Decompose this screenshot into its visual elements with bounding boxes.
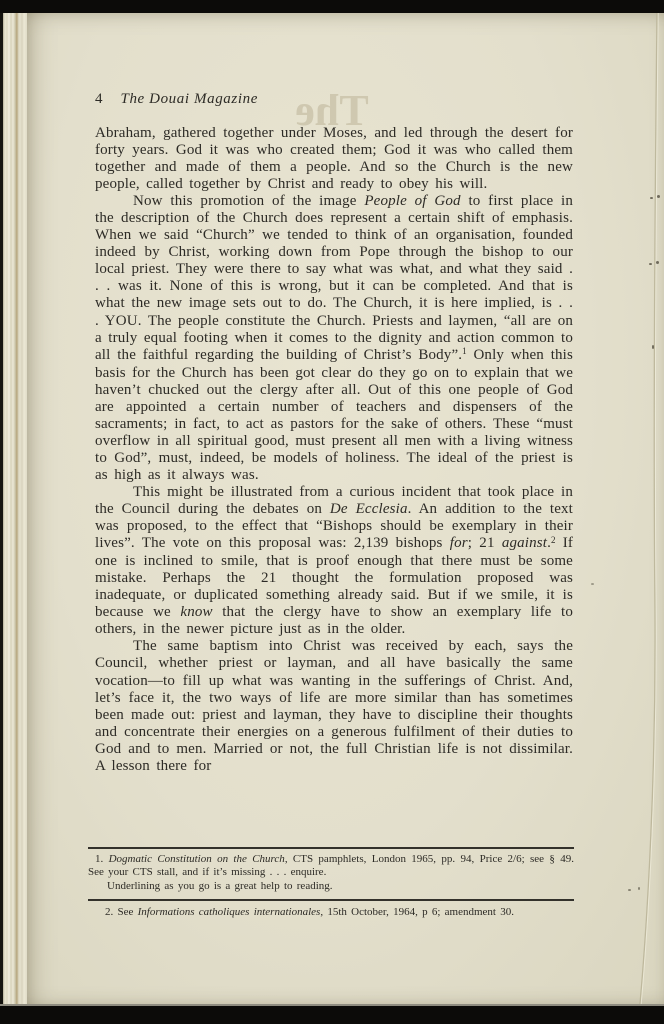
body-text: Abraham, gathered together under Moses, … — [95, 125, 573, 845]
paragraph-1: Abraham, gathered together under Moses, … — [95, 125, 573, 193]
ink-speck — [650, 197, 653, 199]
footnote-1-addendum: Underlining as you go is a great help to… — [88, 880, 574, 893]
footnote-1: 1. Dogmatic Constitution on the Church, … — [88, 853, 574, 880]
ink-speck — [652, 345, 654, 349]
running-header: 4The Douai Magazine — [95, 91, 573, 107]
ink-speck — [649, 263, 652, 265]
ink-speck — [657, 195, 660, 198]
ink-speck — [591, 583, 594, 585]
paragraph-4: The same baptism into Christ was receive… — [95, 638, 573, 774]
footnote-rule-2 — [88, 899, 574, 901]
book-page: The 4The Douai Magazine Abraham, gathere… — [27, 13, 664, 1004]
ink-speck — [638, 887, 640, 890]
footnote-rule-1 — [88, 847, 574, 849]
book-fore-edge — [3, 13, 27, 1004]
journal-title: The Douai Magazine — [121, 91, 258, 107]
footnote-section: 1. Dogmatic Constitution on the Church, … — [88, 847, 574, 920]
footnote-2: 2. See Informations catholiques internat… — [88, 906, 574, 919]
ink-speck — [656, 261, 659, 264]
page-number: 4 — [95, 91, 103, 107]
scan-border-top — [0, 0, 664, 13]
ink-speck — [628, 889, 631, 891]
paragraph-2: Now this promotion of the image People o… — [95, 193, 573, 484]
paragraph-3: This might be illustrated from a curious… — [95, 484, 573, 638]
scanned-book-page: The 4The Douai Magazine Abraham, gathere… — [0, 0, 664, 1024]
scan-border-bottom — [0, 1004, 664, 1024]
text-column: 4The Douai Magazine Abraham, gathered to… — [95, 91, 573, 996]
